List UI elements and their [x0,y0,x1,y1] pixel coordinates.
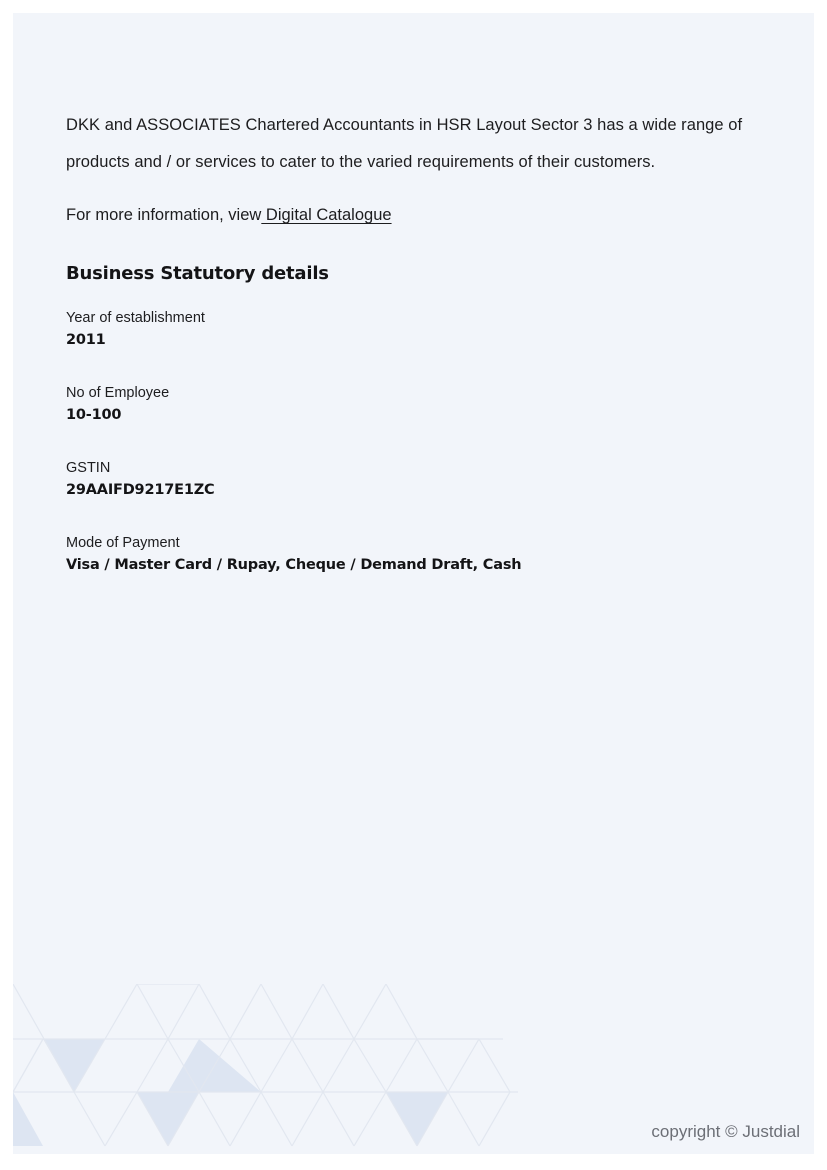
field-label: GSTIN [66,458,214,478]
field-gstin: GSTIN 29AAIFD9217E1ZC [66,458,214,502]
digital-catalogue-link[interactable]: Digital Catalogue [261,206,391,224]
more-info-prefix: For more information, view [66,206,261,224]
business-description: DKK and ASSOCIATES Chartered Accountants… [66,107,786,181]
document-page: DKK and ASSOCIATES Chartered Accountants… [13,13,814,1154]
field-label: Year of establishment [66,308,205,328]
field-label: Mode of Payment [66,533,521,553]
field-value: 29AAIFD9217E1ZC [66,478,214,502]
field-value: Visa / Master Card / Rupay, Cheque / Dem… [66,553,521,577]
field-no-of-employee: No of Employee 10-100 [66,383,169,427]
field-year-of-establishment: Year of establishment 2011 [66,308,205,352]
more-info-line: For more information, view Digital Catal… [66,202,392,228]
field-mode-of-payment: Mode of Payment Visa / Master Card / Rup… [66,533,521,577]
field-label: No of Employee [66,383,169,403]
section-title-statutory: Business Statutory details [66,262,329,286]
field-value: 2011 [66,328,205,352]
triangle-pattern-decoration [13,984,533,1154]
copyright-text: copyright © Justdial [651,1120,800,1144]
field-value: 10-100 [66,403,169,427]
